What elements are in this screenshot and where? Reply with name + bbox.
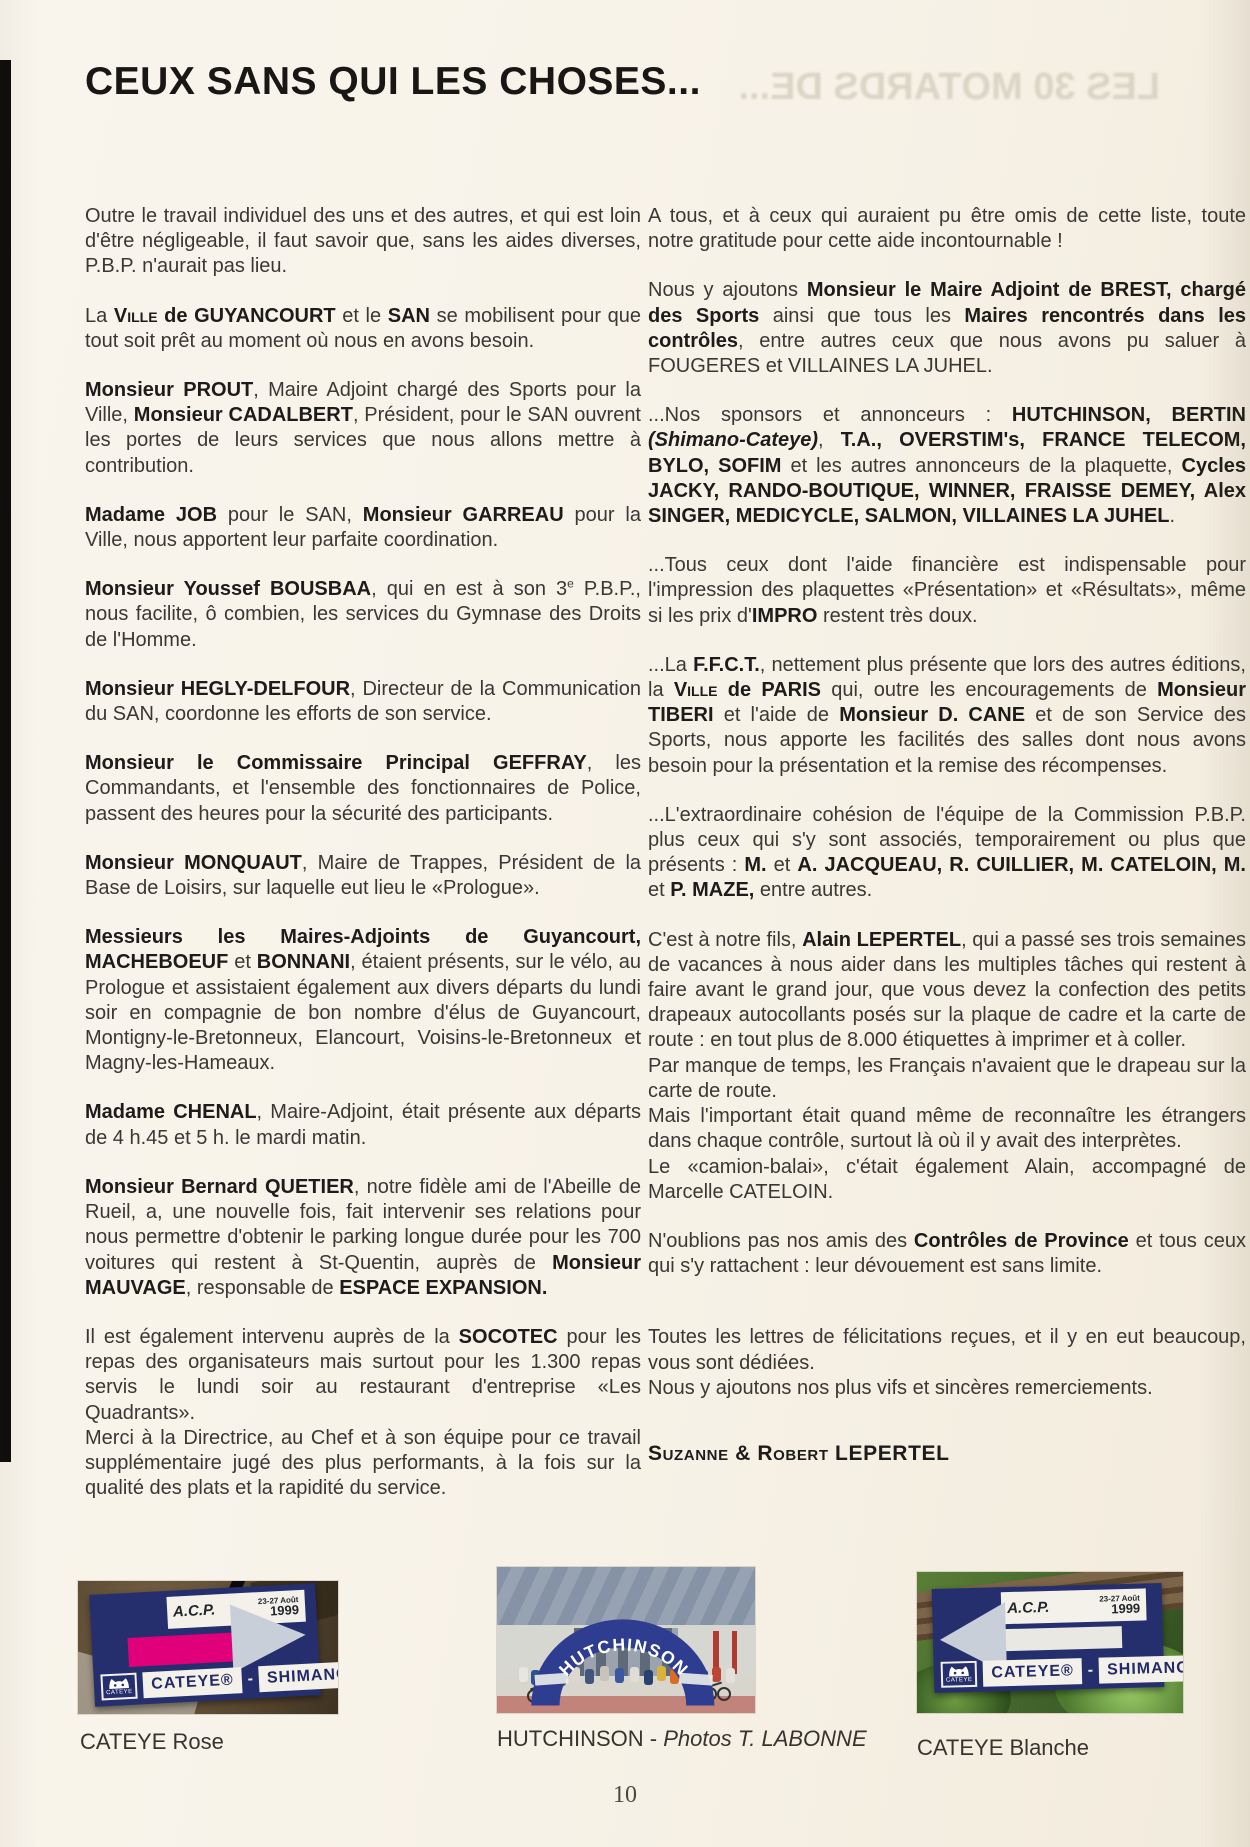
page-number: 10 (0, 1782, 1250, 1809)
crowd-of-cyclists (497, 1567, 506, 1582)
pink-arrow-bar (128, 1632, 233, 1667)
acp-date: 23-27 Août 1999 (1099, 1595, 1140, 1616)
text-segment: Ville (674, 679, 718, 701)
text-segment: SOCOTEC (459, 1326, 558, 1348)
text-segment: Il est également intervenu auprès de la (85, 1326, 459, 1348)
acp-label: A.C.P. (1007, 1599, 1050, 1617)
text-segment: Madame JOB (85, 504, 217, 526)
acp-direction-sign-white: A.C.P. 23-27 Août 1999 CATEYE CATEYE® - (932, 1583, 1165, 1693)
text-segment: Madame CHENAL (85, 1101, 257, 1123)
right-column: A tous, et à ceux qui auraient pu être o… (648, 204, 1246, 1466)
text-segment: Monsieur Youssef BOUSBAA (85, 578, 371, 600)
paragraph: Nous y ajoutons nos plus vifs et sincère… (648, 1376, 1246, 1401)
cateye-logo-box: CATEYE (100, 1672, 138, 1701)
cateye-logo-box: CATEYE (940, 1661, 977, 1688)
text-segment: La (85, 305, 114, 327)
text-segment: et (767, 854, 798, 876)
paragraph: Mais l'important était quand même de rec… (648, 1104, 1246, 1154)
text-segment: IMPRO (752, 605, 818, 627)
text-segment: Suzanne (648, 1442, 729, 1465)
text-segment: pour le SAN, (217, 504, 363, 526)
text-segment: , (818, 429, 841, 451)
text-segment: Merci à la Directrice, au Chef et à son … (85, 1427, 641, 1499)
left-column: Outre le travail individuel des uns et d… (85, 204, 641, 1501)
bleedthrough-title: LES 30 MOTARDS DE... (660, 66, 1160, 109)
text-segment: ainsi que tous les (759, 305, 964, 327)
paragraph: Monsieur HEGLY-DELFOUR, Directeur de la … (85, 677, 641, 727)
text-segment: ...La (648, 654, 693, 676)
text-segment: Monsieur PROUT (85, 379, 253, 401)
paragraph: ...La F.F.C.T., nettement plus présente … (648, 653, 1246, 779)
text-segment: Par manque de temps, les Français n'avai… (648, 1055, 1246, 1102)
text-segment: et le (336, 305, 388, 327)
text-segment: ESPACE EXPANSION. (339, 1277, 547, 1299)
page-title: CEUX SANS QUI LES CHOSES... (85, 60, 701, 104)
text-segment: Le «camion-balai», c'était également Ala… (648, 1156, 1246, 1203)
brand-row: CATEYE CATEYE® - SHIMANO (940, 1656, 1157, 1688)
paragraph: Merci à la Directrice, au Chef et à son … (85, 1426, 641, 1502)
acp-label: A.C.P. (173, 1602, 216, 1621)
caption-main: HUTCHINSON - (497, 1726, 663, 1751)
text-segment: de GUYANCOURT (158, 305, 336, 327)
cat-face-icon: CATEYE (102, 1674, 136, 1699)
text-segment: Monsieur D. CANE (839, 704, 1025, 726)
text-segment: et l'aide de (714, 704, 840, 726)
text-segment: qui, outre les encouragements de (821, 679, 1157, 701)
text-segment: Contrôles de Province (914, 1230, 1129, 1252)
white-arrow-bar (995, 1626, 1122, 1652)
text-segment: P. MAZE, (670, 879, 754, 901)
acp-year: 1999 (1099, 1603, 1140, 1616)
paragraph: A tous, et à ceux qui auraient pu être o… (648, 204, 1246, 254)
hutchinson-arch: HUTCHINSON (512, 1573, 739, 1713)
acp-header-box: A.C.P. 23-27 Août 1999 (1001, 1589, 1147, 1625)
photo-caption-rose: CATEYE Rose (80, 1729, 224, 1755)
right-arrow-icon (230, 1601, 307, 1673)
text-segment: et (648, 879, 670, 901)
paragraph: Toutes les lettres de félicitations reçu… (648, 1325, 1246, 1375)
paragraph: Nous y ajoutons Monsieur le Maire Adjoin… (648, 278, 1246, 379)
magazine-page: LES 30 MOTARDS DE... CEUX SANS QUI LES C… (0, 0, 1250, 1847)
text-segment: Ville (114, 305, 158, 327)
text-segment: N'oublions pas nos amis des (648, 1230, 914, 1252)
text-segment: Alain LEPERTEL (802, 929, 961, 951)
text-segment: Monsieur Bernard QUETIER (85, 1176, 354, 1198)
text-segment: , responsable de (186, 1277, 339, 1299)
paragraph: N'oublions pas nos amis des Contrôles de… (648, 1229, 1246, 1279)
text-segment: (Shimano-Cateye) (648, 429, 818, 451)
photo-hutchinson: HUTCHINSON (497, 1567, 755, 1713)
text-segment: A. JACQUEAU, R. CUILLIER, M. CATELOIN, M… (797, 854, 1246, 876)
text-segment: , qui en est à son 3 (371, 578, 567, 600)
text-segment: M. (744, 854, 766, 876)
photo-cateye-blanche: A.C.P. 23-27 Août 1999 CATEYE CATEYE® - (917, 1572, 1183, 1713)
brand-cateye: CATEYE® (983, 1658, 1082, 1687)
cat-logo-label: CATEYE (946, 1677, 973, 1684)
text-segment: Monsieur le Commissaire Principal GEFFRA… (85, 752, 587, 774)
text-segment: de PARIS (718, 679, 821, 701)
brand-cateye: CATEYE® (143, 1667, 243, 1699)
text-segment: Nous y ajoutons nos plus vifs et sincère… (648, 1377, 1153, 1399)
text-segment: Nous y ajoutons (648, 279, 807, 301)
paragraph: ...Nos sponsors et annonceurs : HUTCHINS… (648, 403, 1246, 529)
text-segment: C'est à notre fils, (648, 929, 802, 951)
paragraph: Messieurs les Maires-Adjoints de Guyanco… (85, 925, 641, 1076)
paragraph: C'est à notre fils, Alain LEPERTEL, qui … (648, 928, 1246, 1054)
text-segment: HUTCHINSON, BERTIN (1012, 404, 1246, 426)
text-segment: Monsieur HEGLY-DELFOUR (85, 678, 350, 700)
text-segment: restent très doux. (817, 605, 977, 627)
text-segment: entre autres. (754, 879, 872, 901)
text-segment: Monsieur MONQUAUT (85, 852, 302, 874)
text-segment: LEPERTEL (829, 1442, 950, 1465)
text-segment: Robert (757, 1442, 828, 1465)
brand-separator: - (1087, 1658, 1093, 1684)
acp-direction-sign-pink: A.C.P. 23-27 Août 1999 CATEYE CATEYE® - (89, 1583, 321, 1707)
text-segment: et les autres annonceurs de la plaquette… (781, 455, 1181, 477)
brand-row: CATEYE CATEYE® - SHIMANO (100, 1663, 314, 1701)
paragraph: Monsieur Bernard QUETIER, notre fidèle a… (85, 1175, 641, 1301)
brand-shimano: SHIMANO (1099, 1655, 1183, 1684)
brand-separator: - (247, 1666, 254, 1693)
paragraph: Il est également intervenu auprès de la … (85, 1325, 641, 1426)
text-segment: Mais l'important était quand même de rec… (648, 1105, 1246, 1152)
brand-shimano: SHIMANO (258, 1661, 338, 1693)
text-segment: BONNANI (257, 951, 350, 973)
text-segment: . (1170, 505, 1176, 527)
paragraph: Monsieur Youssef BOUSBAA, qui en est à s… (85, 577, 641, 653)
photo-cateye-rose: A.C.P. 23-27 Août 1999 CATEYE CATEYE® - (78, 1581, 338, 1714)
paragraph: Le «camion-balai», c'était également Ala… (648, 1155, 1246, 1205)
paragraph: Monsieur le Commissaire Principal GEFFRA… (85, 751, 641, 827)
paragraph: ...L'extraordinaire cohésion de l'équipe… (648, 803, 1246, 904)
paragraph: Outre le travail individuel des uns et d… (85, 204, 641, 280)
text-segment: , entre autres ceux que nous avons pu sa… (648, 330, 1246, 377)
photo-caption-blanche: CATEYE Blanche (917, 1735, 1089, 1761)
text-segment: e (567, 577, 574, 591)
photo-caption-hutchinson: HUTCHINSON - Photos T. LABONNE (497, 1726, 867, 1752)
paragraph: Madame JOB pour le SAN, Monsieur GARREAU… (85, 503, 641, 553)
paragraph: Madame CHENAL, Maire-Adjoint, était prés… (85, 1100, 641, 1150)
text-segment: Outre le travail individuel des uns et d… (85, 205, 641, 277)
paragraph: Monsieur MONQUAUT, Maire de Trappes, Pré… (85, 851, 641, 901)
text-segment: Monsieur GARREAU (363, 504, 564, 526)
caption-photo-credit: Photos T. LABONNE (663, 1726, 866, 1751)
text-segment: & (729, 1442, 758, 1465)
paragraph: Par manque de temps, les Français n'avai… (648, 1054, 1246, 1104)
paragraph: Monsieur PROUT, Maire Adjoint chargé des… (85, 378, 641, 479)
paragraph: ...Tous ceux dont l'aide financière est … (648, 553, 1246, 629)
signature: Suzanne & Robert LEPERTEL (648, 1441, 1246, 1466)
text-segment: Toutes les lettres de félicitations reçu… (648, 1326, 1246, 1373)
paragraph: La Ville de GUYANCOURT et le SAN se mobi… (85, 304, 641, 354)
text-segment: F.F.C.T. (693, 654, 760, 676)
acp-logos-icon (1053, 1601, 1079, 1612)
text-segment: ...Nos sponsors et annonceurs : (648, 404, 1012, 426)
cat-face-icon: CATEYE (943, 1663, 976, 1686)
text-segment: A tous, et à ceux qui auraient pu être o… (648, 205, 1246, 252)
scan-edge-bar (0, 60, 11, 1462)
text-segment: SAN (388, 305, 430, 327)
text-segment: Monsieur CADALBERT (134, 404, 353, 426)
text-segment: et (228, 951, 256, 973)
cat-logo-label: CATEYE (106, 1689, 133, 1696)
